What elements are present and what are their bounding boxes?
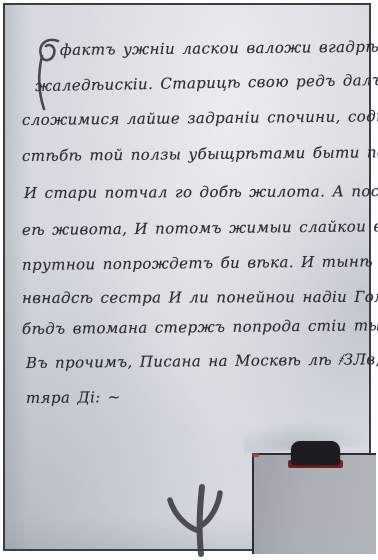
text-line: прутнои попрождетъ би вѣка. И тынѣ вѣдъ	[22, 252, 378, 274]
manuscript-photo: фактъ ужніи ласкои валожи вгадрѣни. По ж…	[3, 3, 371, 551]
text-line: нвнадсѣ сестра И ли понейнои надіи Гоміи	[22, 288, 378, 307]
text-line: бѣдъ втомана стержъ попрода стіи тыи,	[22, 316, 378, 338]
text-line: фактъ ужніи ласкои валожи вгадрѣни. По	[60, 37, 378, 59]
psi-mark-icon	[157, 473, 237, 555]
text-line: сложимися лайше задраніи спочини, содѣбъ	[22, 107, 378, 129]
text-line: жаледѣискіи. Старицѣ свою редъ далъ Свои	[35, 70, 378, 95]
clip-blob	[291, 441, 340, 465]
text-line: еѣ живота, И потомъ жимыи слайкои вло	[22, 217, 378, 239]
text-line: И стари потчал го добѣ жилота. А послѣ	[24, 182, 378, 202]
text-line: Въ прочимъ, Писана на Москвѣ лѣ ҂ЗЛв, Се…	[26, 350, 378, 373]
overlapping-card	[252, 453, 376, 554]
card-corner-accent	[252, 453, 259, 457]
text-line: тяра Ді: ~	[26, 388, 121, 407]
text-line: стѣбѣ той ползы убыщрѣтами быти почало,	[22, 143, 378, 165]
